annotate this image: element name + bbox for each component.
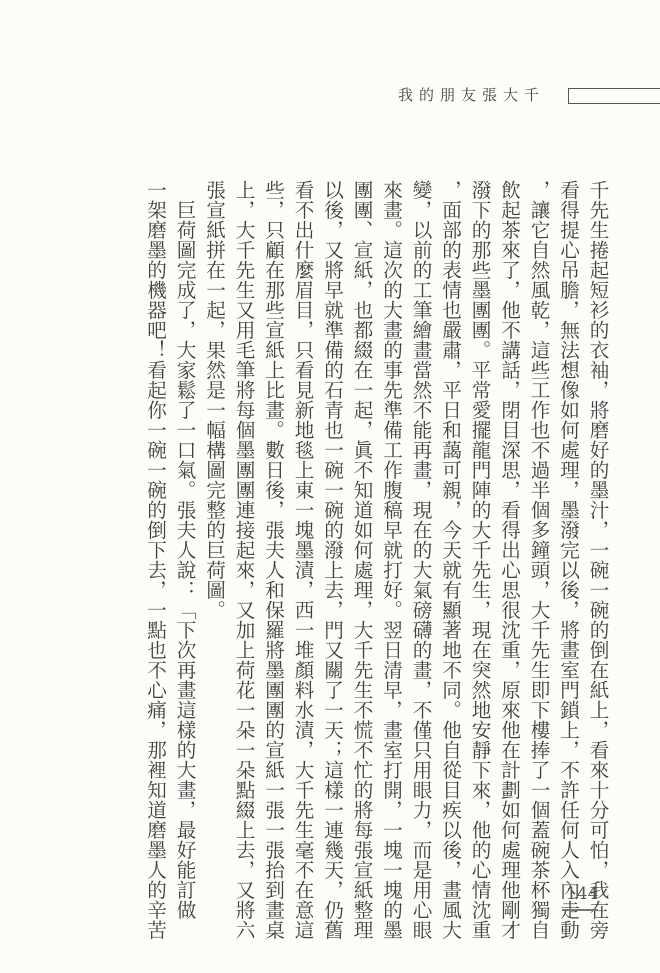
text-columns: 千先生捲起短衫的衣袖，將磨好的墨汁，一碗一碗的倒在紙上，看來十分可怕，我在旁 看… — [140, 180, 612, 735]
text-column-12: 些，只顧在那些宣紙上比畫。數日後，張夫人和保羅將墨團團的宣紙一張一張抬到畫桌 — [258, 180, 288, 735]
text-column-1: 千先生捲起短衫的衣袖，將磨好的墨汁，一碗一碗的倒在紙上，看來十分可怕，我在旁 — [583, 180, 613, 735]
text-column-3: ，讓它自然風乾，這些工作也不過半個多鐘頭，大千先生即下樓捧了一個蓋碗茶杯獨自 — [524, 180, 554, 735]
text-column-5: 潑下的那些墨團團。平常愛擺龍門陣的大千先生，現在突然地安靜下來，他的心情沈重 — [465, 180, 495, 735]
text-column-16: 一架磨墨的機器吧！看起你一碗一碗的倒下去，一點也不心痛，那裡知道磨墨人的辛苦 — [140, 180, 170, 735]
text-column-8: 來畫。這次的大畫的事先準備工作腹稿早就打好。翌日清早，畫室打開，一塊一塊的墨 — [376, 180, 406, 735]
text-column-4: 飲起茶來了，他不講話，閉目深思，看得出心思很沈重，原來他在計劃如何處理他剛才 — [494, 180, 524, 735]
text-column-2: 看得提心吊膽，無法想像如何處理，墨潑完以後，將畫室門鎖上，不許任何人入內走動 — [553, 180, 583, 735]
page-number: 144 — [566, 884, 598, 904]
text-column-10: 以後，又將早就準備的石青也一碗一碗的潑上去，門又關了一天；這樣一連幾天，仍舊 — [317, 180, 347, 735]
text-column-15: 巨荷圖完成了，大家鬆了一口氣。張夫人說：「下次再畫這樣的大畫，最好能訂做 — [170, 180, 200, 735]
running-header-title: 我的朋友張大千 — [398, 84, 545, 105]
header-decorative-box — [568, 88, 660, 104]
text-column-6: ，面部的表情也嚴肅，平日和藹可親，今天就有顯著地不同。他自從目疾以後，畫風大 — [435, 180, 465, 735]
text-column-9: 團團、宣紙，也都綴在一起，眞不知道如何處理，大千先生不慌不忙的將每張宣紙整理 — [347, 180, 377, 735]
page-number-underline — [562, 909, 598, 911]
text-column-14: 張宣紙拼在一起，果然是一幅構圖完整的巨荷圖。 — [199, 180, 229, 735]
text-column-7: 變，以前的工筆繪畫當然不能再畫，現在的大氣磅礴的畫，不僅只用眼力，而是用心眼 — [406, 180, 436, 735]
book-page: 我的朋友張大千 千先生捲起短衫的衣袖，將磨好的墨汁，一碗一碗的倒在紙上，看來十分… — [0, 0, 660, 973]
text-column-13: 上，大千先生又用毛筆將每個墨團團連接起來，又加上荷花一朵一朵點綴上去，又將六 — [229, 180, 259, 735]
text-column-11: 看不出什麼眉目，只看見新地毯上東一塊墨漬，西一堆顏料水漬，大千先生毫不在意這 — [288, 180, 318, 735]
